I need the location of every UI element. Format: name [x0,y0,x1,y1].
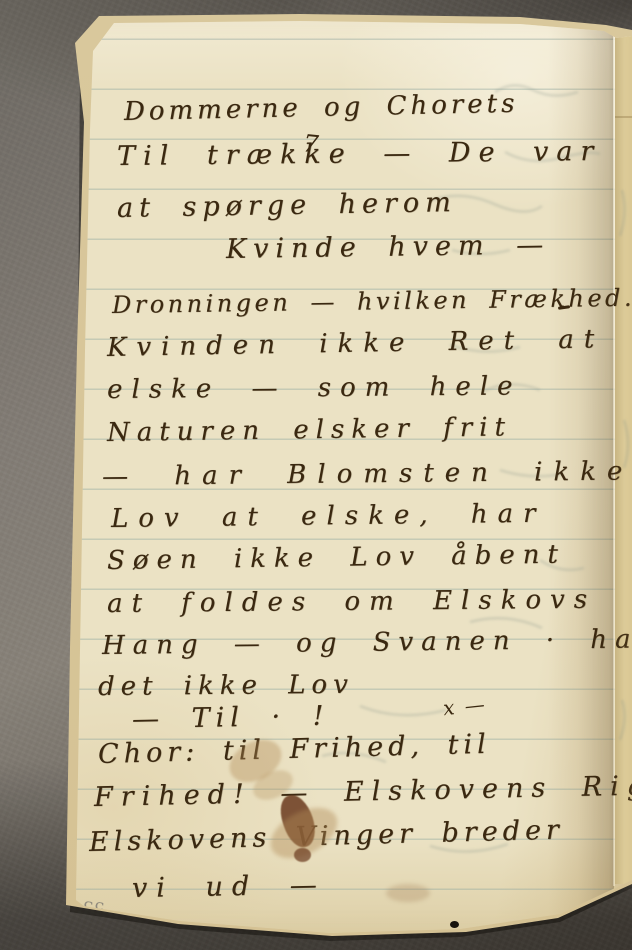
handwriting-line: vi ud — [132,870,326,904]
handwriting-line: Hang — og Svanen · har [102,624,632,661]
handwriting-line: Naturen elsker frit [107,412,512,448]
handwriting-line: — har Blomsten ikke [102,456,632,492]
handwriting-line: det ikke Lov [98,670,354,702]
handwriting-line: Chor: til Frihed, til [98,729,491,770]
handwriting-line: — Til · ! [132,701,330,735]
faint-smudge [386,884,430,902]
handwriting-line: elske — som hele [107,371,522,405]
handwriting-line: at foldes om Elskovs [107,585,596,619]
dust-speck [450,921,459,928]
handwriting-line: at spørge herom [117,187,457,224]
margin-x-mark: x — [442,692,488,720]
handwriting-line: Kvinden ikke Ret at [107,324,605,363]
dark-ink-speck [294,848,311,862]
handwriting-line: Til trække — De var [117,136,602,172]
handwriting-line: Lov at elske, har [111,499,546,534]
handwriting-line: Dommerne og Chorets [124,89,519,127]
handwriting-line: Kvinde hvem — [226,229,551,265]
insertion-caret-mark: 7 [302,129,320,158]
handwriting-line: Søen ikke Lov åbent [107,540,566,576]
page-crease [615,116,632,118]
manuscript-page: Dommerne og Chorets Til trække — De var … [0,0,632,950]
